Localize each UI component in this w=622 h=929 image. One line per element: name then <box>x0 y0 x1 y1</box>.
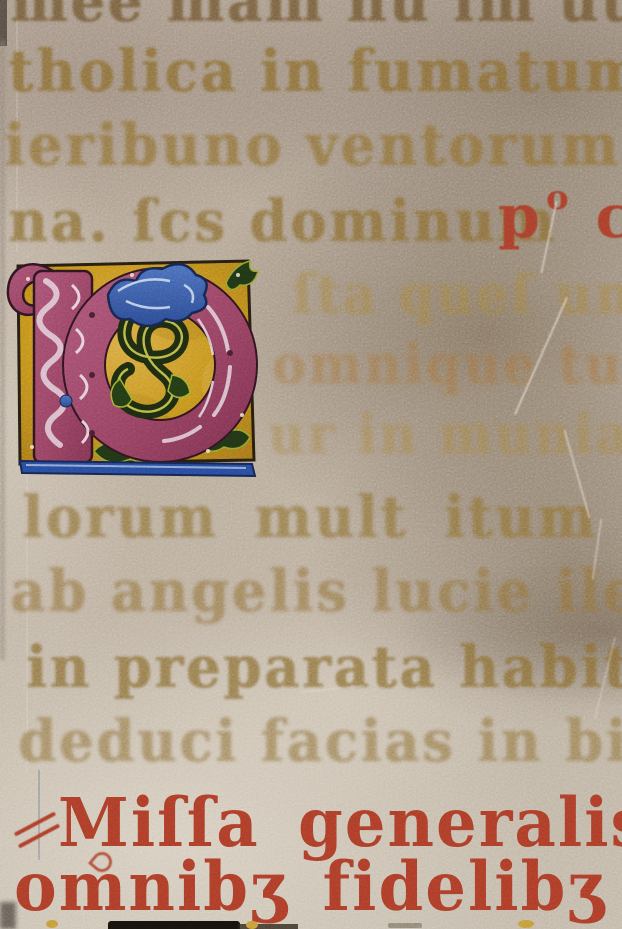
ruling-line <box>38 770 40 860</box>
base-bar <box>20 461 255 476</box>
next-line-fragment <box>108 921 240 929</box>
rubric-abbreviation: po c <box>498 178 622 252</box>
manuscript-text-line: na. ſcs dominum <box>8 186 557 255</box>
manuscript-text-line: deduci facias in bivium <box>18 706 622 775</box>
next-line-fragment <box>388 923 422 928</box>
manuscript-page-photo: mee mam nu im uu tholica in fumatum ieri… <box>0 0 622 929</box>
rubric-abbreviation-trailing: c <box>596 182 622 252</box>
manuscript-text-line: ur in munia e <box>268 402 622 466</box>
rubric-abbreviation-base: p <box>498 182 546 252</box>
rubric-paragraph-mark <box>14 811 56 836</box>
manuscript-text-line: mee mam nu im uu <box>10 0 622 35</box>
manuscript-text-line: ieribuno ventorum <box>4 110 621 179</box>
next-line-fragment <box>246 921 258 929</box>
next-line-fragment <box>518 920 534 928</box>
manuscript-text-line: lorum mult itum o <box>22 482 622 551</box>
manuscript-text-line: ſta queſ un <box>292 262 622 326</box>
manuscript-text-line: omnique tu <box>272 332 622 396</box>
manuscript-text-line: ab angelis lucie ilet <box>10 556 622 625</box>
manuscript-text-line: tholica in fumatum <box>8 36 622 105</box>
rubric-abbreviation-superscript: o <box>546 178 569 218</box>
next-line-fragment <box>46 920 58 928</box>
illuminated-initial-p <box>2 254 264 482</box>
